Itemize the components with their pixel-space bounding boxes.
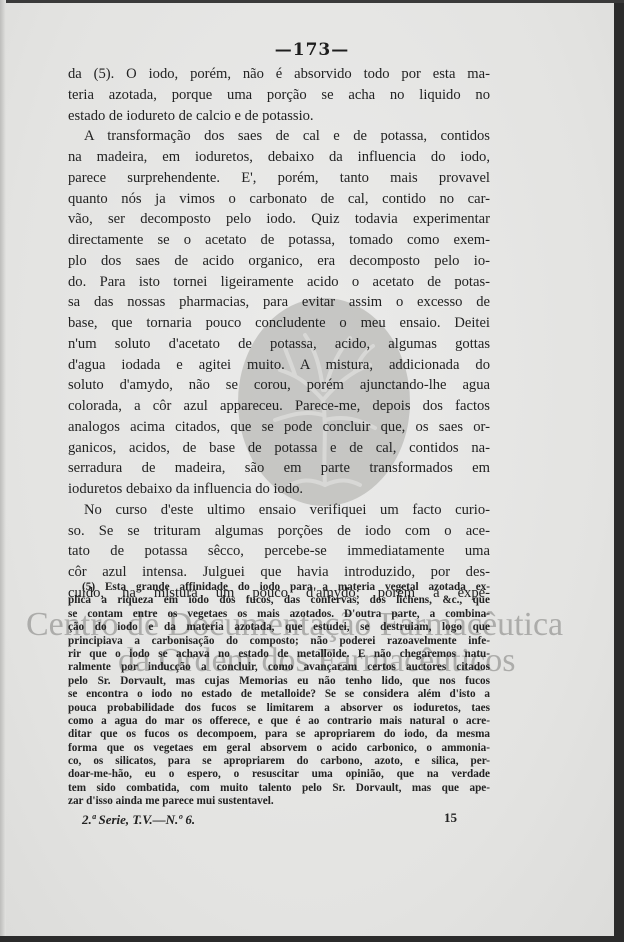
body-line: analogos acima citados, que se pode conc… [68, 417, 490, 438]
footnote-line: como a agua do mar os offerece, e que é … [68, 715, 490, 728]
footnote-line: doar-me-hão, eu o espero, o resuscitar u… [68, 768, 490, 781]
body-line: A transformação dos saes de cal e de pot… [68, 126, 490, 147]
footnote-line: pelo Sr. Dorvault, mas cujas Memorias eu… [68, 675, 490, 688]
footnote-line: tem sido combatida, com muito talento pe… [68, 782, 490, 795]
body-line: directamente se o acetato de potassa, to… [68, 230, 490, 251]
body-line: parece surprehendente. E', porém, tanto … [68, 168, 490, 189]
top-edge [0, 0, 624, 3]
body-line: da (5). O iodo, porém, não é absorvido t… [68, 64, 490, 85]
sheet-number: 15 [444, 810, 457, 826]
footnote-line: ditar que os fucos os decompoem, para se… [68, 728, 490, 741]
footnote-line: se encontra o iodo no estado de metalloi… [68, 688, 490, 701]
body-line: sa das nossas pharmacias, para evitar as… [68, 292, 490, 313]
body-line: teria azotada, porque uma porção se acha… [68, 85, 490, 106]
body-line: base, que tornaria pouco concludente o m… [68, 313, 490, 334]
body-line: serradura de madeira, são em parte trans… [68, 458, 490, 479]
body-line: ioduretos debaixo da influencia do iodo. [68, 479, 490, 500]
footnote-line: co, os silicatos, para se apropriarem do… [68, 755, 490, 768]
body-line: vão, ser decomposto pelo iodo. Quiz toda… [68, 209, 490, 230]
scanned-page: Centro de Documentação Farmacêutica da O… [0, 0, 614, 936]
body-line: estado de ioduretο de calcio e de potass… [68, 106, 490, 127]
footnote-line: forma que os vegetaes em geral absorvem … [68, 742, 490, 755]
footnote-line: se contam entre os vegetaes os mais azot… [68, 608, 490, 621]
footnote-line: (5) Esta grande affinidade do iodo para … [68, 581, 490, 594]
body-line: do. Para isto tornei ligeiramente acido … [68, 272, 490, 293]
footnote-line: ção do iodo e da materia azotada, que es… [68, 621, 490, 634]
page-number: —173— [0, 40, 624, 60]
footnote-line: ralmente por inducção a concluir, como a… [68, 661, 490, 674]
body-line: na madeira, em ioduretos, debaixo da inf… [68, 147, 490, 168]
body-line: so. Se se trituram algumas porções de io… [68, 521, 490, 542]
page-spine-shadow [0, 0, 6, 936]
footnote-line: plica a riqueza em iodo dos fucos, das c… [68, 594, 490, 607]
body-line: No curso d'este ultimo ensaio verifiquei… [68, 500, 490, 521]
body-line: ganicos, acidos, de base de potassa e de… [68, 438, 490, 459]
body-line: n'um soluto d'acetato de potassa, acido,… [68, 334, 490, 355]
footnote: (5) Esta grande affinidade do iodo para … [68, 581, 490, 809]
footnote-line: pouca probabilidade dos fucos se limitar… [68, 702, 490, 715]
body-line: colorada, a côr azul appareceu. Parece-m… [68, 396, 490, 417]
footnote-line: zar d'isso ainda me parece mui sustentav… [68, 795, 490, 808]
body-line: d'agua iodada e agitei muito. A mistura,… [68, 355, 490, 376]
body-line: plo dos saes de acido organico, era deco… [68, 251, 490, 272]
signature-mark: 2.ª Serie, T.V.—N.º 6. [82, 812, 195, 828]
footnote-line: principiava a carbonisação do composto; … [68, 635, 490, 648]
body-line: quanto nós ja vimos o carbonato de cal, … [68, 189, 490, 210]
body-line: tato de potassa sêcco, percebe-se immedi… [68, 541, 490, 562]
footnote-line: rir que o iodo se achava no estado de me… [68, 648, 490, 661]
body-line: côr azul intensa. Julguei que havia intr… [68, 562, 490, 583]
body-line: soluto d'amydo, não se corou, porém ajun… [68, 375, 490, 396]
body-text: da (5). O iodo, porém, não é absorvido t… [68, 64, 490, 604]
